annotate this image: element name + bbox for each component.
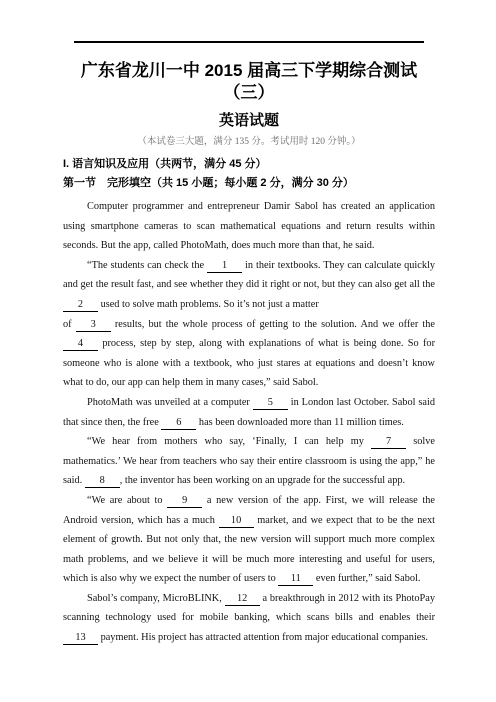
cloze-blank-3: 3 bbox=[76, 319, 111, 332]
exam-document-page: 广东省龙川一中 2015 届高三下学期综合测试（三） 英语试题 （本试卷三大题，… bbox=[0, 0, 496, 702]
passage-paragraph: PhotoMath was unveiled at a computer 5 i… bbox=[63, 393, 435, 432]
cloze-blank-5: 5 bbox=[253, 397, 288, 410]
passage-paragraph: Computer programmer and entrepreneur Dam… bbox=[63, 197, 435, 256]
cloze-blank-8: 8 bbox=[85, 475, 120, 488]
passage-paragraph: “We hear from mothers who say, ‘Finally,… bbox=[63, 432, 435, 491]
cloze-blank-6: 6 bbox=[161, 417, 196, 430]
cloze-blank-7: 7 bbox=[371, 436, 406, 449]
cloze-blank-10: 10 bbox=[219, 515, 254, 528]
subsection-heading-cloze: 第一节 完形填空（共 15 小题；每小题 2 分，满分 30 分） bbox=[63, 176, 435, 190]
cloze-blank-4: 4 bbox=[63, 338, 98, 351]
passage-paragraph: “We are about to 9 a new version of the … bbox=[63, 491, 435, 589]
cloze-blank-9: 9 bbox=[167, 495, 202, 508]
cloze-blank-1: 1 bbox=[207, 260, 242, 273]
passage-paragraph: Sabol’s company, MicroBLINK, 12 a breakt… bbox=[63, 589, 435, 648]
cloze-blank-12: 12 bbox=[225, 593, 260, 606]
header-divider bbox=[74, 41, 424, 43]
cloze-blank-2: 2 bbox=[63, 299, 98, 312]
cloze-blank-11: 11 bbox=[278, 573, 313, 586]
exam-instructions: （本试卷三大题，满分 135 分。考试用时 120 分钟。） bbox=[63, 136, 435, 149]
exam-subject-title: 英语试题 bbox=[63, 111, 435, 130]
cloze-passage: Computer programmer and entrepreneur Dam… bbox=[63, 197, 435, 648]
cloze-blank-13: 13 bbox=[63, 632, 98, 645]
passage-paragraph: of 3 results, but the whole process of g… bbox=[63, 315, 435, 393]
section-heading-part1: I. 语言知识及应用（共两节，满分 45 分） bbox=[63, 157, 435, 171]
exam-title: 广东省龙川一中 2015 届高三下学期综合测试（三） bbox=[63, 60, 435, 104]
passage-paragraph: “The students can check the 1 in their t… bbox=[63, 256, 435, 315]
